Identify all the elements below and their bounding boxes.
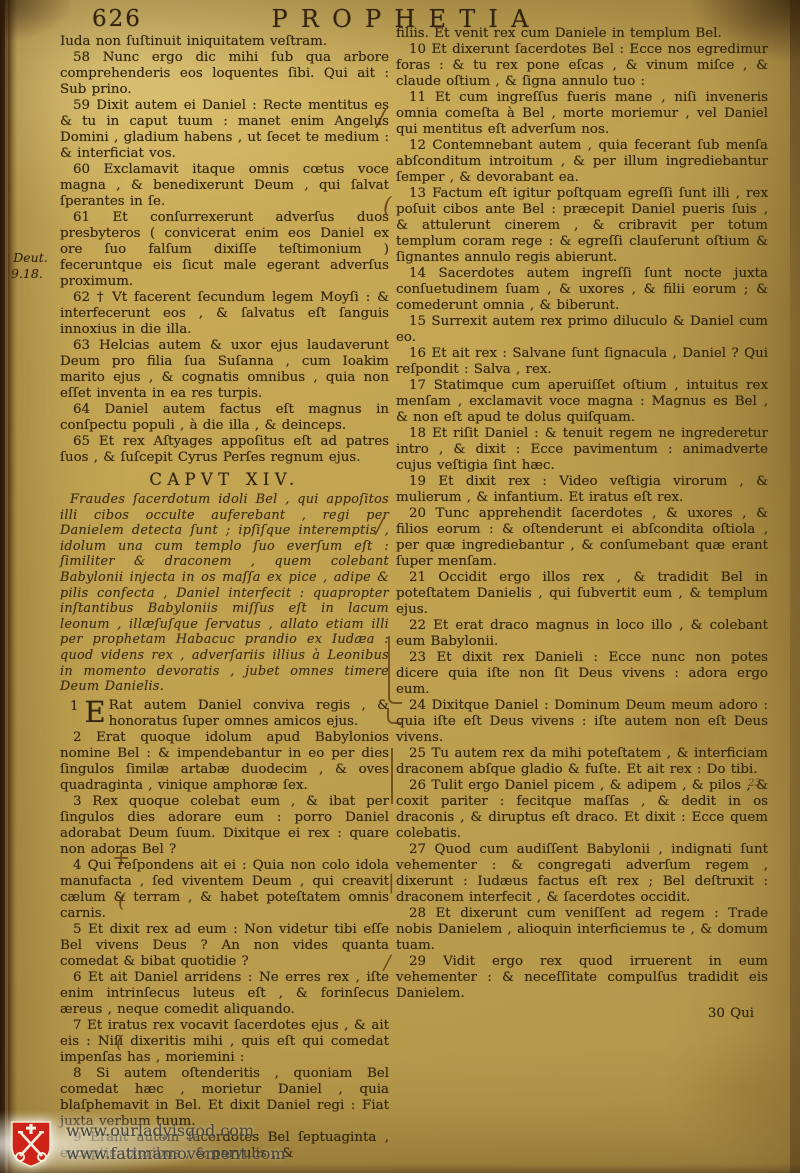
page-corner-shadow <box>690 0 800 62</box>
ink-mark: / <box>377 104 385 132</box>
verse-paragraph: 62 † Vt facerent ſecundum legem Moyſi : … <box>60 290 389 338</box>
verse-paragraph: 15 Surrexit autem rex primo diluculo & D… <box>396 314 768 346</box>
verse-paragraph: 16 Et ait rex : Salvane ſunt ſignacula ,… <box>396 346 768 378</box>
crossed-keys-shield-icon <box>10 1120 52 1168</box>
drop-cap-initial: E <box>85 699 106 725</box>
catchword: 30 Qui <box>396 1006 754 1022</box>
scanned-book-page: 626 PROPHETIA † Deut. 19.18. Iuda non ſu… <box>0 0 800 1173</box>
verse-paragraph: 5 Et dixit rex ad eum : Non videtur tibi… <box>60 922 389 970</box>
verse-paragraph: 24 Dixitque Daniel : Dominum Deum meum a… <box>396 698 768 746</box>
bel-verses-right: filiis. Et venit rex cum Daniele in temp… <box>396 26 768 1002</box>
verse-1-dropcap-paragraph: 1ERat autem Daniel conviva regis , & hon… <box>60 698 389 730</box>
verse-paragraph: 64 Daniel autem factus eſt magnus in con… <box>60 402 389 434</box>
verse-paragraph: 27 Quod cum audiſſent Babylonii , indign… <box>396 842 768 906</box>
verse-paragraph: 17 Statimque cum aperuiſſet oſtium , int… <box>396 378 768 426</box>
chapter-heading: CAPVT XIV. <box>60 472 389 488</box>
watermark-urls: www.ourladyisgod.com www.fatimamovement.… <box>66 1119 286 1165</box>
verse-paragraph: 18 Et riſit Daniel : & tenuit regem ne i… <box>396 426 768 474</box>
verse-text: Rat autem Daniel conviva regis , & honor… <box>109 698 389 729</box>
page-number: 626 <box>92 6 142 32</box>
verse-paragraph: 13 Factum eſt igitur poſtquam egreſſi ſu… <box>396 186 768 266</box>
verse-paragraph: 60 Exclamavit itaque omnis cœtus voce ma… <box>60 162 389 210</box>
verse-paragraph: 65 Et rex Aſtyages appoſitus eſt ad patr… <box>60 434 389 466</box>
left-text-column: Iuda non ſuſtinuit iniquitatem veſtram.5… <box>60 34 389 1162</box>
bel-verses-left: 2 Erat quoque idolum apud Babylonios nom… <box>60 730 389 1162</box>
verse-paragraph: 58 Nunc ergo dic mihi ſub qua arbore com… <box>60 50 389 98</box>
ink-mark: | <box>388 870 395 894</box>
verse-paragraph: 23 Et dixit rex Danieli : Ecce nunc non … <box>396 650 768 698</box>
ink-mark: / <box>376 514 383 539</box>
page-corner-shadow <box>0 0 70 40</box>
paper-stain <box>660 1030 800 1150</box>
watermark-url-2: www.fatimamovement.com <box>66 1142 286 1165</box>
verse-paragraph: Iuda non ſuſtinuit iniquitatem veſtram. <box>60 34 389 50</box>
verse-paragraph: 61 Et conſurrexerunt adverſus duos presb… <box>60 210 389 290</box>
book-binding-edge <box>0 0 17 1173</box>
verse-paragraph: 28 Et dixerunt cum veniſſent ad regem : … <box>396 906 768 954</box>
verse-paragraph: 7 Et iratus rex vocavit ſacerdotes ejus … <box>60 1018 389 1066</box>
verse-paragraph: 14 Sacerdotes autem ingreſſi ſunt nocte … <box>396 266 768 314</box>
susanna-verses: Iuda non ſuſtinuit iniquitatem veſtram.5… <box>60 34 389 466</box>
ink-mark: / <box>384 950 391 974</box>
verse-number: 1 <box>70 699 79 715</box>
verse-paragraph: 6 Et ait Daniel arridens : Ne erres rex … <box>60 970 389 1018</box>
verse-paragraph: 63 Helcias autem & uxor ejus laudaverunt… <box>60 338 389 402</box>
verse-paragraph: 2 Erat quoque idolum apud Babylonios nom… <box>60 730 389 794</box>
verse-paragraph: 3 Rex quoque colebat eum , & ibat per ſi… <box>60 794 389 858</box>
verse-paragraph: 12 Contemnebant autem , quia fecerant ſu… <box>396 138 768 186</box>
verse-paragraph: 11 Et cum ingreſſus fueris mane , niſi i… <box>396 90 768 138</box>
ink-bracket <box>391 748 395 804</box>
verse-paragraph: 22 Et erat draco magnus in loco illo , &… <box>396 618 768 650</box>
chapter-argument: Fraudes ſacerdotum idoli Bel , qui appoſ… <box>60 492 389 695</box>
binding-highlight <box>5 0 8 1173</box>
ink-mark: ( <box>118 888 126 912</box>
watermark-url-1: www.ourladyisgod.com <box>66 1119 286 1142</box>
verse-paragraph: 19 Et dixit rex : Video veſtigia virorum… <box>396 474 768 506</box>
ink-mark: ( <box>116 1032 123 1053</box>
verse-paragraph: 29 Vidit ergo rex quod irruerent in eum … <box>396 954 768 1002</box>
verse-paragraph: 26 Tulit ergo Daniel picem , & adipem , … <box>396 778 768 842</box>
ink-mark: 23 <box>748 778 761 789</box>
page-edge-shadow <box>790 0 800 1173</box>
right-text-column: filiis. Et venit rex cum Daniele in temp… <box>396 26 768 1022</box>
verse-paragraph: 21 Occidit ergo illos rex , & tradidit B… <box>396 570 768 618</box>
verse-paragraph: 59 Dixit autem ei Daniel : Recte mentitu… <box>60 98 389 162</box>
verse-paragraph: 25 Tu autem rex da mihi poteſtatem , & i… <box>396 746 768 778</box>
ink-mark: ( <box>383 194 392 219</box>
verse-paragraph: 20 Tunc apprehendit ſacerdotes , & uxore… <box>396 506 768 570</box>
watermark-block: www.ourladyisgod.com www.fatimamovement.… <box>8 1118 568 1170</box>
verse-paragraph: 4 Qui reſpondens ait ei : Quia non colo … <box>60 858 389 922</box>
ink-mark: + <box>112 846 130 871</box>
